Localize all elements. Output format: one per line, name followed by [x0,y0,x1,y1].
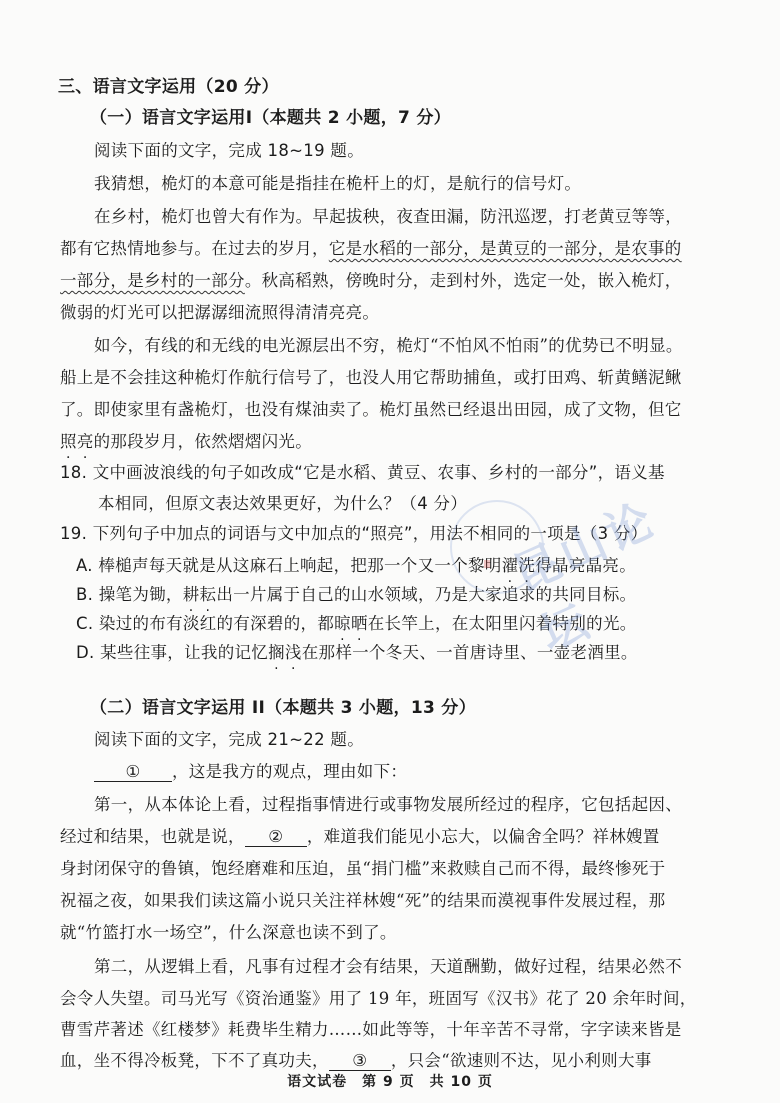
text: 经过和结果，也就是说， [60,827,245,846]
text: 得晶亮晶亮。 [535,556,636,575]
part1-title: （一）语言文字运用Ⅰ（本题共 2 小题，7 分） [90,107,451,129]
part1-instruction: 阅读下面的文字，完成 18~19 题。 [94,140,364,162]
part2-p1-line4: 祝福之夜，如果我们读这篇小说只关注祥林嫂“死”的结果而漠视事件发展过程，那 [60,890,665,912]
part2-p2-line2: 会令人失望。司马光写《资治通鉴》用了 19 年，班固写《汉书》花了 20 余年时… [60,988,697,1010]
option-c: C. 染过的布有淡红的有深碧的，都晾晒在长竿上，在太阳里闪着特别的光。 [76,613,637,635]
text: ，这是我方的观点，理由如下： [172,762,407,781]
dotted-char: 洗 [518,556,535,575]
dotted-char: 亮 [77,432,94,451]
text: 某些往事，让我的记忆 [100,643,268,662]
part2-p2-line4: 血，坐不得冷板凳，下不了真功夫，③，只会“欲速则不达，见小利则大事 [60,1050,652,1072]
dotted-char: 晾 [334,614,351,633]
part2-title: （二）语言文字运用 II（本题共 3 小题，13 分） [90,697,476,719]
passage-p3-line2: 船上是不会挂这种桅灯作航行信号了，也没人用它帮助捕鱼，或打田鸡、斩黄鳝泥鳅 [60,367,682,389]
wavy-underlined-sentence-end: 一部分，是乡村的一部分 [60,271,245,290]
option-d: D. 某些往事，让我的记忆搁浅在那样一个冬天、一首唐诗里、一壶老酒里。 [76,642,638,664]
blank-1: ① [94,763,172,782]
dotted-char: 晒 [351,614,368,633]
passage-p2-line2: 都有它热情地参与。在过去的岁月，它是水稻的一部分，是黄豆的一部分，是农事的 [60,238,682,260]
passage-p3-line4: 照亮的那段岁月，依然熠熠闪光。 [60,431,312,453]
text: 。秋高稻熟，傍晚时分，走到村外，选定一处，嵌入桅灯， [245,271,682,290]
dotted-char: 浅 [285,643,302,662]
dotted-char: 耘 [200,585,217,604]
text: 都有它热情地参与。在过去的岁月， [60,239,329,258]
passage-paragraph-1: 我猜想，桅灯的本意可能是指挂在桅杆上的灯，是航行的信号灯。 [94,173,581,195]
section-title: 三、语言文字运用（20 分） [58,76,279,98]
question-number: 18. [60,463,87,482]
option-label: C. [76,614,93,633]
text: ，只会“欲速则不达，见小利则大事 [391,1051,652,1070]
part2-p1-line5: 就“竹篮打水一场空”，什么深意也读不到了。 [60,922,397,944]
text: 染过的布有淡红的有深碧的，都 [99,614,334,633]
text: 在那样一个冬天、一首唐诗里、一壶老酒里。 [302,643,638,662]
passage-p2-line4: 微弱的灯光可以把潺潺细流照得清清亮亮。 [60,302,379,324]
option-label: D. [76,643,95,662]
part2-p1-line2: 经过和结果，也就是说，②，难道我们能见小忘大，以偏舍全吗？祥林嫂置 [60,826,660,848]
wavy-underlined-sentence: 它是水稻的一部分，是黄豆的一部分，是农事的 [329,239,682,258]
option-a: A. 棒槌声每天就是从这麻石上响起，把那一个又一个黎明濯洗得晶亮晶亮。 [76,555,636,577]
text: 血，坐不得冷板凳，下不了真功夫， [60,1051,329,1070]
blank-2: ② [245,828,307,847]
exam-page: 三、语言文字运用（20 分） （一）语言文字运用Ⅰ（本题共 2 小题，7 分） … [0,0,780,1103]
part2-p2-line3: 曹雪芹著述《红楼梦》耗费毕生精力……如此等等，十年辛苦不寻常，字字读来皆是 [60,1019,682,1041]
question-number: 19. [60,524,87,543]
part2-p2-line1: 第二，从逻辑上看，凡事有过程才会有结果，天道酬勤，做好过程，结果必然不 [94,956,682,978]
question-text: 文中画波浪线的句子如改成“它是水稻、黄豆、农事、乡村的一部分”，语义基 [93,463,665,482]
passage-p3-line1: 如今，有线的和无线的电光源层出不穷，桅灯“不怕风不怕雨”的优势已不明显。 [94,335,683,357]
text: 出一片属于自己的山水领域，乃是大家追求的共同目标。 [216,585,636,604]
text: 的那段岁月，依然熠熠闪光。 [94,432,312,451]
part2-instruction: 阅读下面的文字，完成 21~22 题。 [94,729,364,751]
option-label: A. [76,556,93,575]
text: 操笔为锄， [99,585,183,604]
passage-p2-line1: 在乡村，桅灯也曾大有作为。早起拔秧，夜查田漏，防汛巡逻，打老黄豆等等， [94,206,682,228]
text: 在长竿上，在太阳里闪着特别的光。 [368,614,637,633]
dotted-char: 濯 [502,556,519,575]
part2-p1-line3: 身封闭保守的鲁镇，饱经磨难和压迫，虽“捐门槛”来救赎自己而不得，最终惨死于 [60,858,665,880]
text: 棒槌声每天就是从这麻石上响起，把那一个又一个黎明 [98,556,501,575]
option-b: B. 操笔为锄，耕耘出一片属于自己的山水领域，乃是大家追求的共同目标。 [76,584,636,606]
part2-p1-line1: 第一，从本体论上看，过程指事情进行或事物发展所经过的程序，它包括起因、 [94,794,682,816]
question-18-line1: 18. 文中画波浪线的句子如改成“它是水稻、黄豆、农事、乡村的一部分”，语义基 [60,462,665,484]
text: ，难道我们能见小忘大，以偏舍全吗？祥林嫂置 [307,827,660,846]
option-label: B. [76,585,93,604]
question-text: 下列句子中加点的词语与文中加点的“照亮”，用法不相同的一项是（3 分） [93,524,648,543]
part2-opening-line: ①，这是我方的观点，理由如下： [94,761,407,783]
dotted-char: 耕 [183,585,200,604]
passage-p2-line3: 一部分，是乡村的一部分。秋高稻熟，傍晚时分，走到村外，选定一处，嵌入桅灯， [60,270,682,292]
passage-p3-line3: 了。即使家里有盏桅灯，也没有煤油卖了。桅灯虽然已经退出田园，成了文物，但它 [60,399,682,421]
dotted-char: 照 [60,432,77,451]
question-19-stem: 19. 下列句子中加点的词语与文中加点的“照亮”，用法不相同的一项是（3 分） [60,523,648,545]
blank-3: ③ [329,1052,391,1071]
page-footer: 语文试卷 第 9 页 共 10 页 [0,1071,780,1091]
dotted-char: 搁 [268,643,285,662]
question-18-line2: 本相同，但原文表达效果更好，为什么？（4 分） [98,493,467,515]
